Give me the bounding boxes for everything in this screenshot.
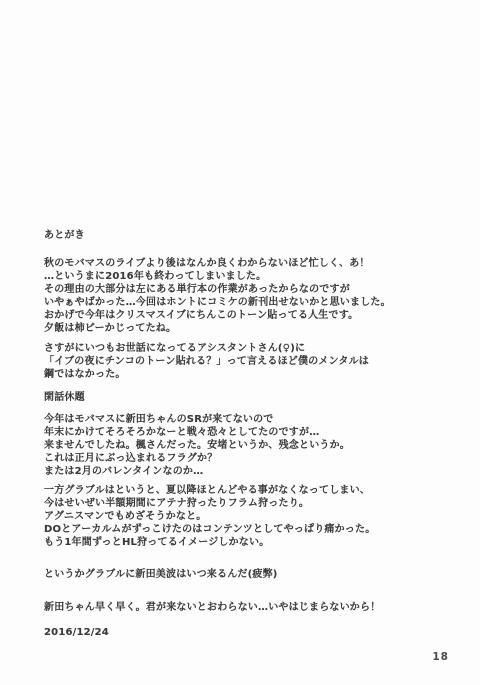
text-line: DOとアーカルムがずっこけたのはコンテンツとしてやっぱり痛かった。	[44, 523, 450, 536]
text-line: または2月のバレンタインなのか…	[44, 465, 450, 478]
text-line: さすがにいつもお世話になってるアシスタントさん(♀)に	[44, 342, 450, 355]
paragraph-granblue: 一方グラブルはというと、夏以降ほとんどやる事がなくなってしまい、今はせいぜい半額…	[44, 484, 450, 549]
page-number: 18	[432, 651, 449, 663]
afterword-text-block: あとがき 秋のモバマスのライブより後はなんか良くわからないほど忙しく、あ！…とい…	[44, 229, 450, 639]
text-line: …というまに2016年も終わってしまいました。	[44, 270, 450, 283]
afterword-page: あとがき 秋のモバマスのライブより後はなんか良くわからないほど忙しく、あ！…とい…	[0, 0, 480, 685]
text-line: おかげで今年はクリスマスイブにちんこのトーン貼ってる人生です。	[44, 309, 450, 322]
date-line: 2016/12/24	[44, 626, 450, 639]
text-line: これは正月にぶっ込まれるフラグか？	[44, 452, 450, 465]
text-line: 今年はモバマスに新田ちゃんのSRが来てないので	[44, 413, 450, 426]
remark-nitta-hurry: 新田ちゃん早く早く。君が来ないとおわらない…いやはじまらないから！	[44, 601, 450, 614]
text-line: アグニスマンでもめざそうかなと。	[44, 510, 450, 523]
text-line: 一方グラブルはというと、夏以降ほとんどやる事がなくなってしまい、	[44, 484, 450, 497]
paragraph-assistant: さすがにいつもお世話になってるアシスタントさん(♀)に「イブの夜にチンコのトーン…	[44, 342, 450, 381]
remark-granblue-nitta: というかグラブルに新田美波はいつ来るんだ(疲弊)	[44, 568, 450, 581]
text-line: その理由の大部分は左にある単行本の作業があったからなのですが	[44, 283, 450, 296]
text-line: 秋のモバマスのライブより後はなんか良くわからないほど忙しく、あ！	[44, 257, 450, 270]
text-line: 鋼ではなかった。	[44, 368, 450, 381]
text-line: もう1年間ずっとHL狩ってるイメージしかない。	[44, 536, 450, 549]
text-line: 「イブの夜にチンコのトーン貼れる？」って言えるほど僕のメンタルは	[44, 355, 450, 368]
aside-heading: 閑話休題	[44, 391, 450, 404]
text-line: いやぁやばかった…今回はホントにコミケの新刊出せないかと思いました。	[44, 296, 450, 309]
paragraph-mobamas-sr: 今年はモバマスに新田ちゃんのSRが来てないので年末にかけてそろそろかなーと戦々恐…	[44, 413, 450, 478]
afterword-heading: あとがき	[44, 229, 450, 242]
text-line: 来ませんでしたね。楓さんだった。安堵というか、残念というか。	[44, 439, 450, 452]
text-line: 年末にかけてそろそろかなーと戦々恐々としてたのですが…	[44, 426, 450, 439]
text-line: 今はせいぜい半額期間にアテナ狩ったりフラム狩ったり。	[44, 497, 450, 510]
paragraph-busy-year: 秋のモバマスのライブより後はなんか良くわからないほど忙しく、あ！…というまに20…	[44, 257, 450, 335]
text-line: 夕飯は柿ピーかじってたね。	[44, 322, 450, 335]
